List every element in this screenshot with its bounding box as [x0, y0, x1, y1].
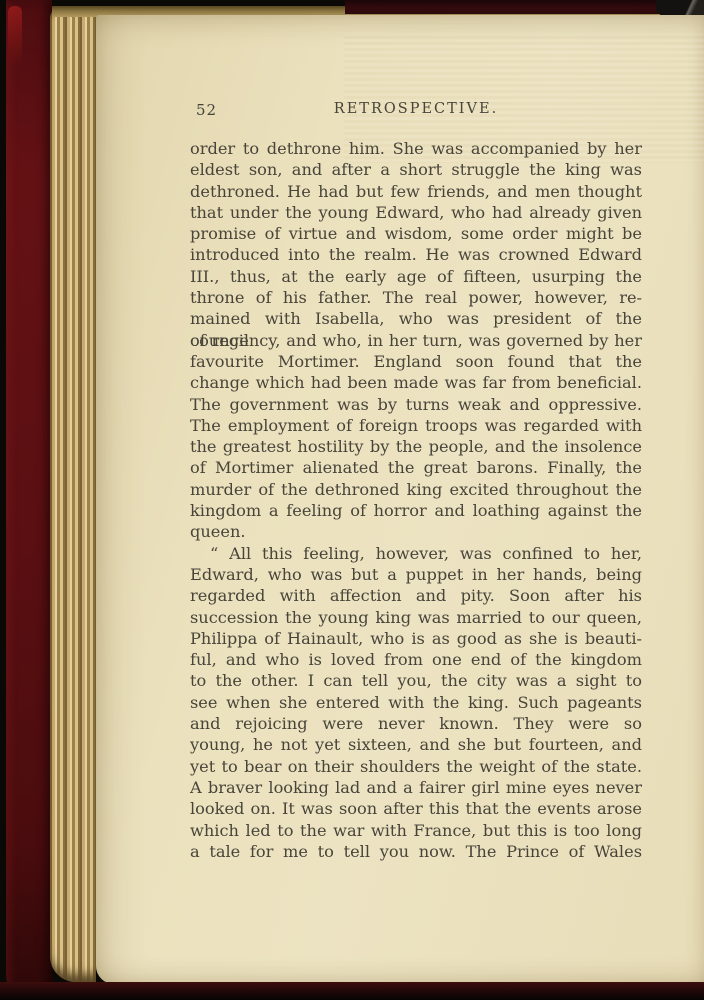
- text-line: III., thus, at the early age of fifteen,…: [190, 266, 642, 287]
- text-line: favourite Mortimer. England soon found t…: [190, 351, 642, 372]
- text-line: change which had been made was far from …: [190, 372, 642, 393]
- text-line: of regency, and who, in her turn, was go…: [190, 330, 642, 351]
- text-line: kingdom a feeling of horror and loathing…: [190, 500, 642, 521]
- background-top-strip: [345, 0, 704, 14]
- text-line: of Mortimer alienated the great barons. …: [190, 457, 642, 478]
- paragraph: order to dethrone him. She was accompani…: [190, 138, 642, 543]
- paragraph: “ All this feeling, however, was confine…: [190, 543, 642, 862]
- text-line: the greatest hostility by the people, an…: [190, 436, 642, 457]
- text-line: queen.: [190, 521, 642, 542]
- text-line: order to dethrone him. She was accompani…: [190, 138, 642, 159]
- text-line: that under the young Edward, who had alr…: [190, 202, 642, 223]
- text-line: throne of his father. The real power, ho…: [190, 287, 642, 308]
- text-line: and rejoicing were never known. They wer…: [190, 713, 642, 734]
- text-line: introduced into the realm. He was crowne…: [190, 244, 642, 265]
- page-edge-stack: [50, 8, 96, 982]
- background-bottom-strip: [0, 982, 704, 1000]
- text-line: Edward, who was but a puppet in her hand…: [190, 564, 642, 585]
- cover-thread: [8, 6, 22, 66]
- page-body: order to dethrone him. She was accompani…: [190, 138, 642, 862]
- text-line: promise of virtue and wisdom, some order…: [190, 223, 642, 244]
- text-line: young, he not yet sixteen, and she but f…: [190, 734, 642, 755]
- text-line: mained with Isabella, who was president …: [190, 308, 642, 329]
- text-line: “ All this feeling, however, was confine…: [190, 543, 642, 564]
- text-line: looked on. It was soon after this that t…: [190, 798, 642, 819]
- running-title: RETROSPECTIVE.: [190, 101, 642, 117]
- text-line: succession the young king was married to…: [190, 607, 642, 628]
- text-line: yet to bear on their shoulders the weigh…: [190, 756, 642, 777]
- text-line: to the other. I can tell you, the city w…: [190, 670, 642, 691]
- text-line: Philippa of Hainault, who is as good as …: [190, 628, 642, 649]
- text-line: a tale for me to tell you now. The Princ…: [190, 841, 642, 862]
- text-line: The employment of foreign troops was reg…: [190, 415, 642, 436]
- book-cover: [6, 0, 52, 994]
- print-area: 52 RETROSPECTIVE. order to dethrone him.…: [190, 15, 642, 984]
- text-line: eldest son, and after a short struggle t…: [190, 159, 642, 180]
- text-line: which led to the war with France, but th…: [190, 820, 642, 841]
- text-line: ful, and who is loved from one end of th…: [190, 649, 642, 670]
- text-line: murder of the dethroned king excited thr…: [190, 479, 642, 500]
- text-line: see when she entered with the king. Such…: [190, 692, 642, 713]
- text-line: regarded with affection and pity. Soon a…: [190, 585, 642, 606]
- text-line: A braver looking lad and a fairer girl m…: [190, 777, 642, 798]
- book-page: 52 RETROSPECTIVE. order to dethrone him.…: [96, 15, 704, 984]
- text-line: dethroned. He had but few friends, and m…: [190, 181, 642, 202]
- page-header: 52 RETROSPECTIVE.: [190, 101, 642, 123]
- text-line: The government was by turns weak and opp…: [190, 394, 642, 415]
